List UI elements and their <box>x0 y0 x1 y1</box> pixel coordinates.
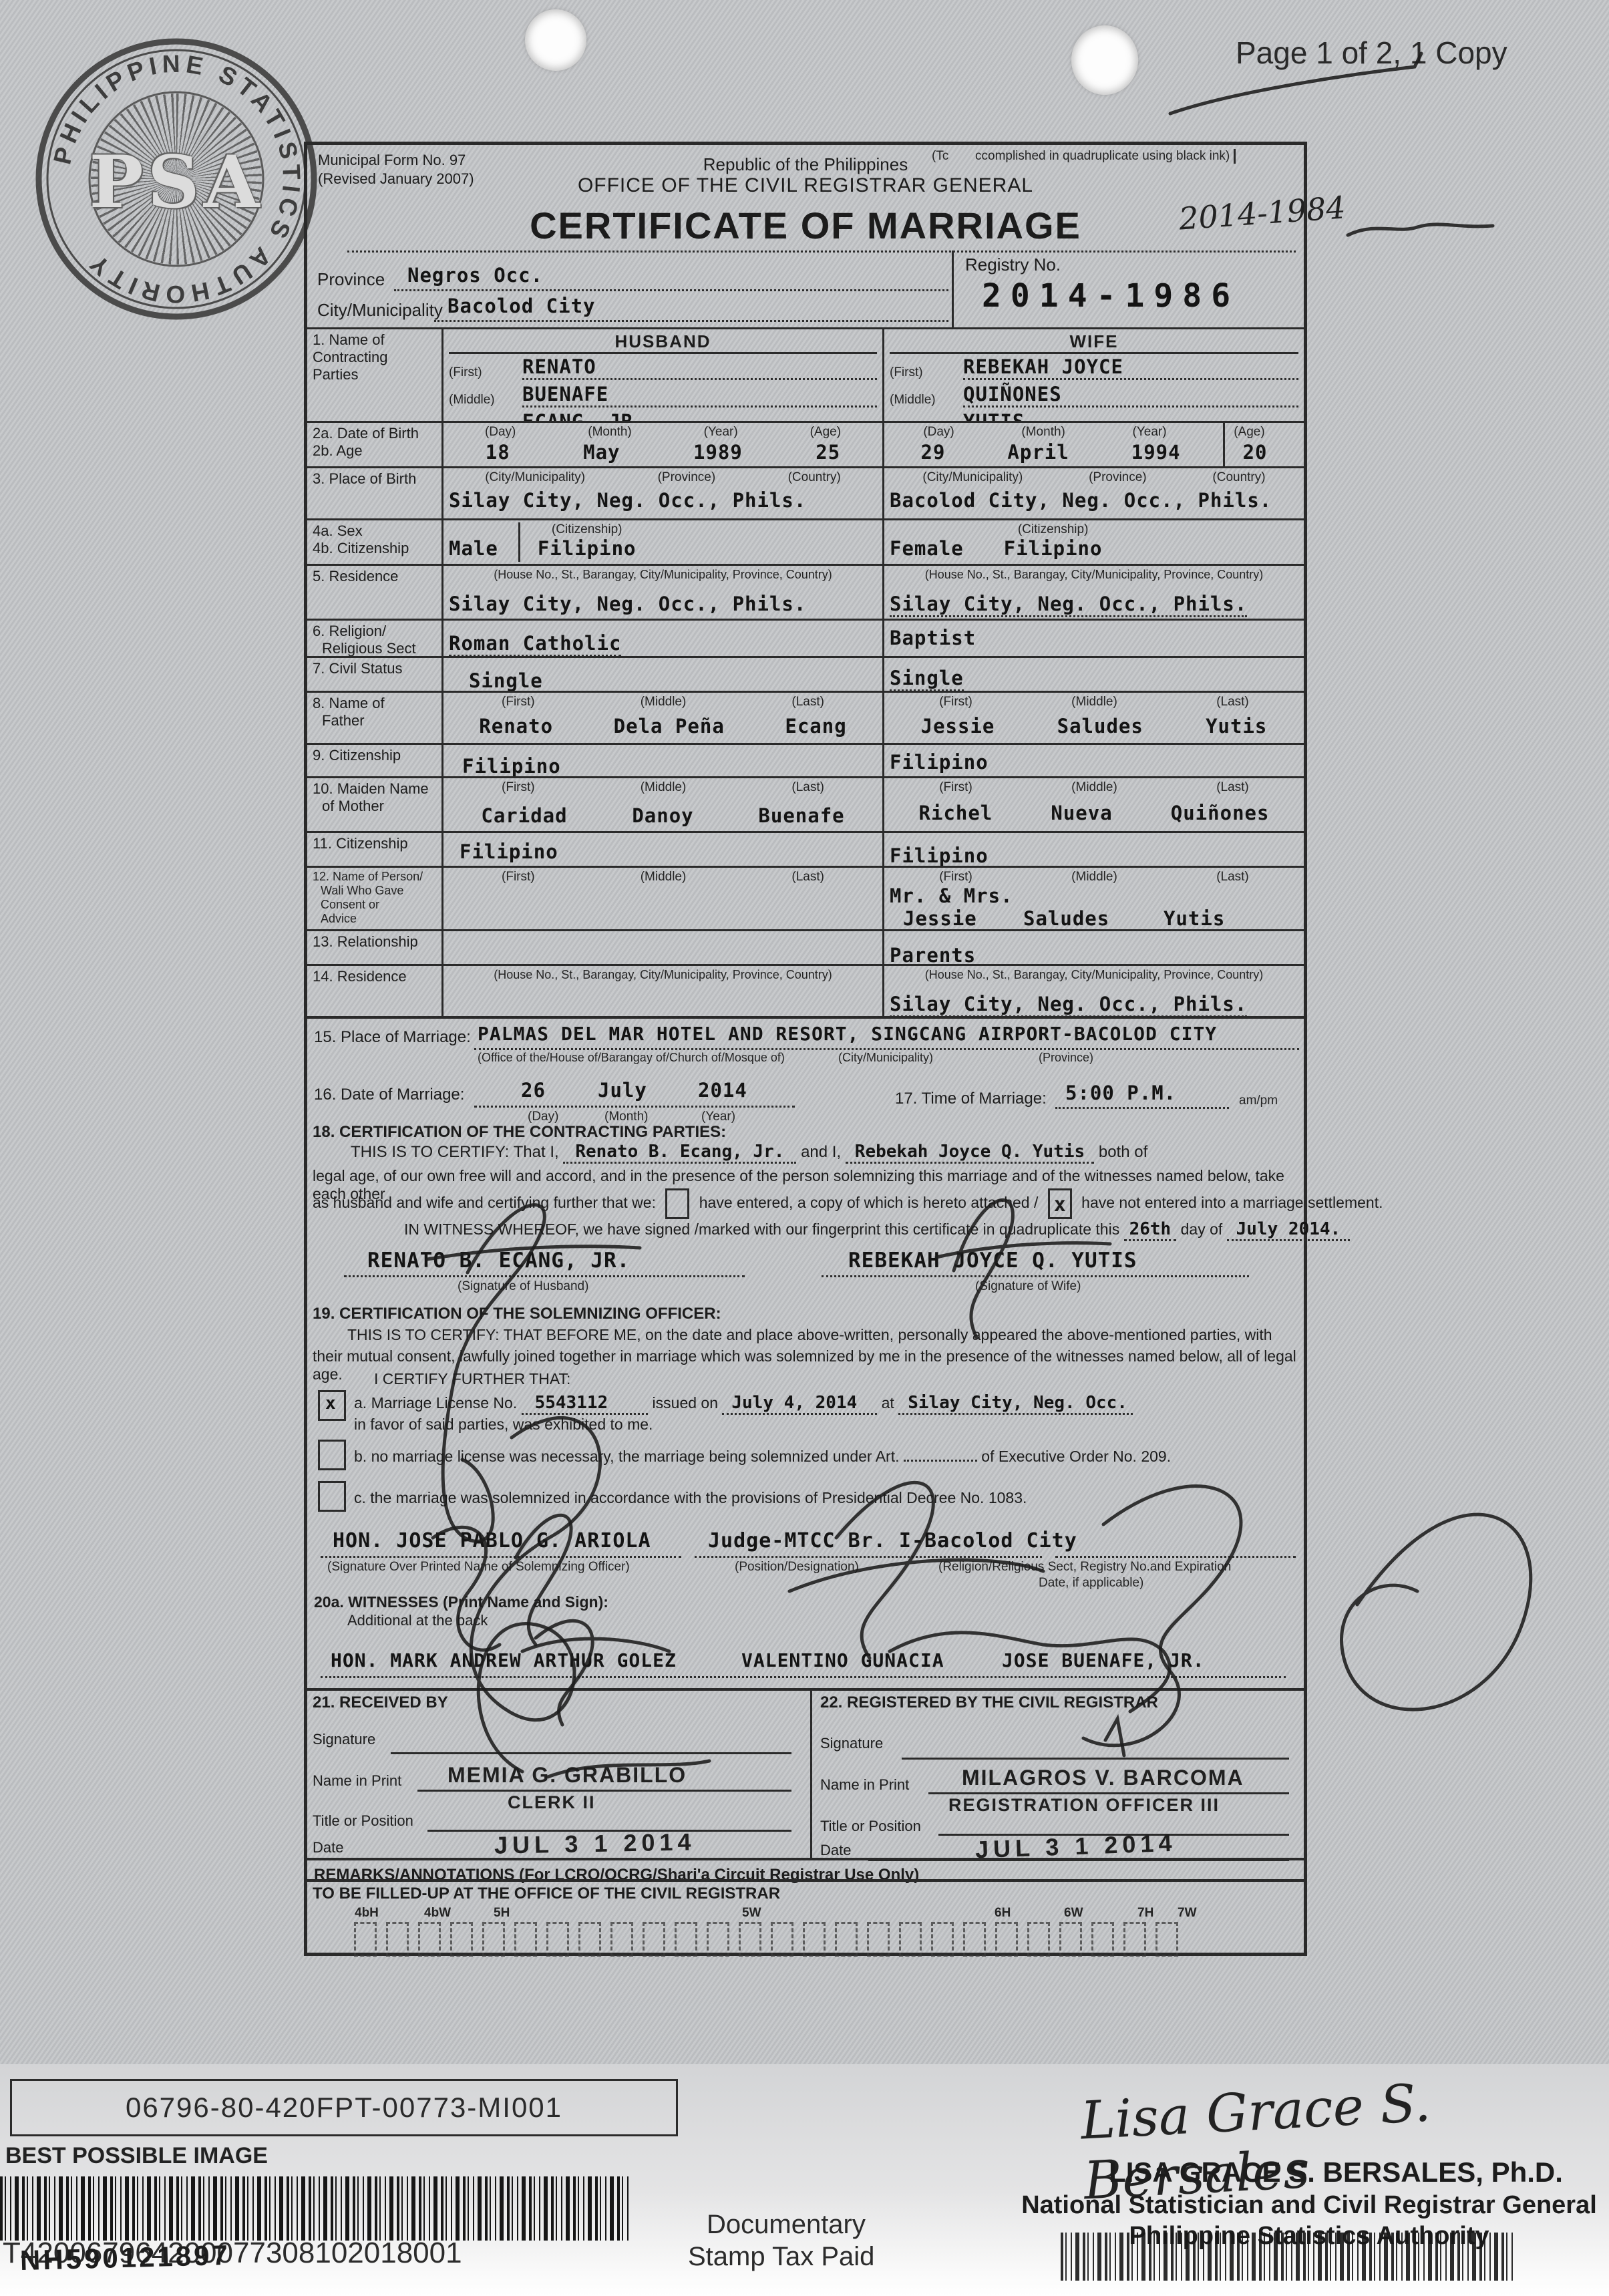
row-sex-citizenship: 4a. Sex4b. Citizenship Male (Citizenship… <box>307 518 1304 564</box>
certificate-title: CERTIFICATE OF MARRIAGE <box>307 204 1304 247</box>
row-res14-label: 14. Residence <box>313 968 407 985</box>
wife-mother-last: Quiñones <box>1171 802 1270 824</box>
fillup-cell <box>1155 1922 1178 1957</box>
doc-stamp-line1: Documentary <box>707 2210 866 2240</box>
husband-last-name: ECANG, JR. <box>522 410 877 421</box>
wife-birth-month: April <box>1007 441 1069 464</box>
sub-last: (Last) <box>1216 780 1249 795</box>
row-con12-label-d: Advice <box>313 912 436 926</box>
fillup-col-5W: 5W <box>742 1906 761 1921</box>
husband-birth-day: 18 <box>486 441 510 464</box>
sub-middle: (Middle) <box>449 393 522 407</box>
city-label: City/Municipality <box>317 300 443 321</box>
cert19-issued: issued on <box>653 1394 718 1412</box>
received-title-value: CLERK II <box>508 1792 596 1813</box>
fillup-cell <box>418 1922 441 1957</box>
wife-birth-year: 1994 <box>1131 441 1181 464</box>
wife-column-header: WIFE <box>1070 331 1119 351</box>
sub-last: (Last) <box>791 695 824 709</box>
page-count-note: Page 1 of 2, 1 Copy <box>1236 35 1507 71</box>
husband-citizenship: Filipino <box>538 537 637 560</box>
fillup-col-7H: 7H <box>1137 1906 1153 1921</box>
wife-age: 20 <box>1243 441 1268 464</box>
received-signature-label: Signature <box>313 1731 375 1748</box>
sub-year: (Year) <box>1133 425 1167 440</box>
seal-psa-monogram: PSA <box>32 140 321 224</box>
husband-father-citizenship: Filipino <box>462 755 561 776</box>
scanned-certificate: Page 1 of 2, 1 Copy PSA PHILIPPINE STATI… <box>0 0 1609 2296</box>
officer-sign-line <box>321 1556 681 1558</box>
husband-father-first: Renato <box>479 715 553 737</box>
witnesses-line <box>321 1676 1286 1678</box>
husband-signature-line <box>344 1275 745 1277</box>
row-residence-14: 14. Residence (House No., St., Barangay,… <box>307 964 1304 1019</box>
wife-first-name: REBEKAH JOYCE <box>963 355 1298 380</box>
cert18-husband-name: Renato B. Ecang, Jr. <box>563 1142 796 1164</box>
sub-citymun: (City/Municipality) <box>485 470 585 485</box>
dom-sub-year: (Year) <box>701 1110 735 1124</box>
sub-first: (First) <box>449 365 522 380</box>
sub-first: (First) <box>502 695 535 709</box>
best-possible-image-label: BEST POSSIBLE IMAGE <box>5 2143 268 2169</box>
witness-name-3: JOSE BUENAFE, JR. <box>1002 1649 1205 1671</box>
fillup-cell <box>386 1922 409 1957</box>
row-cit11-label: 11. Citizenship <box>313 835 408 852</box>
fillup-cell <box>675 1922 697 1957</box>
marriage-certificate-form: Municipal Form No. 97 (Revised January 2… <box>304 142 1307 1956</box>
fillup-col-5H: 5H <box>494 1906 510 1921</box>
received-registered-divider <box>810 1691 812 1860</box>
husband-first-name: RENATO <box>522 355 877 380</box>
registry-label: Registry No. <box>965 255 1061 275</box>
wife-father-last: Yutis <box>1206 715 1267 737</box>
barcode-secondary <box>1061 2233 1515 2281</box>
row-religion: 6. Religion/Religious Sect Roman Catholi… <box>307 619 1304 656</box>
officer-cap3: (Religion/Religious Sect, Registry No.an… <box>938 1560 1231 1575</box>
husband-residence: Silay City, Neg. Occ., Phils. <box>449 593 877 615</box>
officer-religion-line <box>1055 1556 1296 1558</box>
fillup-cell <box>450 1922 473 1957</box>
cert19-b2: of Executive Order No. 209. <box>981 1448 1171 1465</box>
row-mot10-label-b: of Mother <box>313 798 436 815</box>
fillup-cell <box>546 1922 569 1957</box>
sub-house: (House No., St., Barangay, City/Municipa… <box>449 968 877 982</box>
cert18-day: 26th <box>1124 1219 1177 1241</box>
fillup-cell <box>771 1922 793 1957</box>
barcode-main <box>0 2176 631 2241</box>
office-line: OFFICE OF THE CIVIL REGISTRAR GENERAL <box>307 174 1304 197</box>
dom-sub-month: (Month) <box>604 1110 648 1124</box>
registered-date-label: Date <box>820 1842 851 1859</box>
sub-age: (Age) <box>810 425 841 440</box>
wife-mother-middle: Nueva <box>1051 802 1112 824</box>
received-date-value: JUL 3 1 2014 <box>494 1828 696 1859</box>
wife-father-middle: Saludes <box>1057 715 1143 737</box>
license-checkbox: x <box>318 1390 346 1421</box>
sub-day: (Day) <box>485 425 516 440</box>
sub-last: (Last) <box>1216 695 1249 709</box>
registry-divider <box>952 251 954 327</box>
row-name: 1. Name of Contracting Parties HUSBAND (… <box>307 327 1304 421</box>
marriage-settlement-not-entered-checkbox: x <box>1048 1188 1072 1219</box>
cert18-cb1-text: have entered, a copy of which is hereto … <box>699 1194 1039 1211</box>
fillup-col-4bH: 4bH <box>355 1906 379 1921</box>
received-registered-box: 21. RECEIVED BY 22. REGISTERED BY THE CI… <box>307 1688 1304 1860</box>
sub-province: (Province) <box>658 470 716 485</box>
officer-cap1: (Signature Over Printed Name of Solemniz… <box>327 1560 630 1575</box>
registered-name-line <box>928 1792 1289 1794</box>
cert19-b-gap <box>904 1445 977 1462</box>
witness-name-1: HON. MARK ANDREW ARTHUR GOLEZ <box>331 1649 677 1671</box>
cert18-both: both of <box>1099 1143 1147 1161</box>
time-of-marriage-value: 5:00 P.M. <box>1065 1082 1176 1104</box>
cert18-heading: 18. CERTIFICATION OF THE CONTRACTING PAR… <box>313 1123 726 1142</box>
sub-first: (First) <box>502 870 535 884</box>
sub-middle: (Middle) <box>1071 780 1117 795</box>
sub-age: (Age) <box>1234 425 1264 440</box>
fillup-cell <box>707 1922 729 1957</box>
city-line <box>434 320 948 322</box>
sub-first: (First) <box>502 780 535 795</box>
row-consent: 12. Name of Person/ Wali Who Gave Consen… <box>307 866 1304 929</box>
sub-first: (First) <box>939 870 972 884</box>
fillup-col-4bW: 4bW <box>424 1906 451 1921</box>
fillup-cells <box>354 1922 1178 1957</box>
wife-printed-signature-name: REBEKAH JOYCE Q. YUTIS <box>848 1249 1137 1273</box>
husband-mother-last: Buenafe <box>758 804 844 827</box>
cert18-p1: THIS IS TO CERTIFY: That I, <box>351 1143 559 1161</box>
row-relationship: 13. Relationship Parents <box>307 929 1304 964</box>
row-mot10-label-a: 10. Maiden Name <box>313 780 436 798</box>
cert18-cb2-text: have not entered into a marriage settlem… <box>1081 1194 1383 1211</box>
sub-country: (Country) <box>788 470 841 485</box>
cert18-wife-name: Rebekah Joyce Q. Yutis <box>846 1142 1094 1164</box>
pd1083-checkbox <box>318 1481 346 1512</box>
fillup-cell <box>578 1922 601 1957</box>
wife-mother-first: Richel <box>919 802 993 824</box>
witnesses-label2: Additional at the back <box>347 1612 488 1629</box>
registrar-general-name: LISA GRACE S. BERSALES, Ph.D. <box>1069 2156 1603 2188</box>
row-fat8-label-a: 8. Name of <box>313 695 436 712</box>
cert18-dayof: day of <box>1181 1220 1223 1238</box>
husband-mother-first: Caridad <box>481 804 567 827</box>
received-signature-line <box>391 1752 791 1754</box>
row-sex-label-a: 4a. Sex <box>313 522 436 540</box>
sub-house: (House No., St., Barangay, City/Municipa… <box>890 968 1298 982</box>
husband-mother-middle: Danoy <box>632 804 693 827</box>
received-title-label: Title or Position <box>313 1812 413 1830</box>
sub-month: (Month) <box>1021 425 1065 440</box>
fillup-title: TO BE FILLED-UP AT THE OFFICE OF THE CIV… <box>313 1884 780 1903</box>
cert18-p4: IN WITNESS WHEREOF, we have signed /mark… <box>404 1220 1119 1238</box>
received-by-label: 21. RECEIVED BY <box>313 1693 448 1712</box>
sub-middle: (Middle) <box>641 695 687 709</box>
row-rel6-label-a: 6. Religion/ <box>313 623 436 640</box>
row-birth-label-a: 2a. Date of Birth <box>313 425 436 442</box>
row-birth-label-b: 2b. Age <box>313 442 436 460</box>
row-place-of-birth: 3. Place of Birth (City/Municipality)(Pr… <box>307 466 1304 518</box>
place-of-marriage-label: 15. Place of Marriage: <box>314 1028 471 1047</box>
received-name-value: MEMIA G. GRABILLO <box>448 1763 687 1788</box>
fillup-cell <box>643 1922 665 1957</box>
row-sex-label-b: 4b. Citizenship <box>313 540 436 557</box>
wife-consent-prefix: Mr. & Mrs. <box>890 884 1023 907</box>
license-issue-place: Silay City, Neg. Occ. <box>898 1393 1133 1415</box>
psa-seal: PSA PHILIPPINE STATISTICS AUTHORITY <box>32 35 321 323</box>
row-father: 8. Name ofFather (First)(Middle)(Last) R… <box>307 691 1304 743</box>
cert19-p1: THIS IS TO CERTIFY: THAT BEFORE ME, on t… <box>347 1326 1302 1344</box>
sub-middle: (Middle) <box>641 780 687 795</box>
province-value: Negros Occ. <box>407 264 543 287</box>
sub-last: (Last) <box>1216 870 1249 884</box>
sub-month: (Month) <box>588 425 631 440</box>
license-issue-date: July 4, 2014 <box>722 1393 877 1415</box>
cert18-monthyear: July 2014. <box>1227 1219 1351 1241</box>
fillup-cell <box>899 1922 922 1957</box>
wife-consent-relationship: Parents <box>890 944 976 964</box>
husband-age: 25 <box>816 441 840 464</box>
cert18-line1: THIS IS TO CERTIFY: That I, Renato B. Ec… <box>351 1142 1147 1162</box>
sub-citizenship: (Citizenship) <box>1004 522 1103 537</box>
fillup-cell <box>963 1922 986 1957</box>
sub-country: (Country) <box>1212 470 1265 485</box>
row-civ7-label: 7. Civil Status <box>313 660 403 677</box>
doc-stamp-line2: Stamp Tax Paid <box>688 2242 874 2272</box>
received-name-line <box>417 1790 791 1792</box>
sub-middle: (Middle) <box>890 393 963 407</box>
sub-citymun: (City/Municipality) <box>922 470 1023 485</box>
officer-cap4: Date, if applicable) <box>1039 1576 1143 1591</box>
sub-citizenship: (Citizenship) <box>538 522 637 537</box>
fillup-cell <box>1091 1922 1114 1957</box>
dom-sub-day: (Day) <box>528 1110 558 1124</box>
fillup-cell <box>867 1922 890 1957</box>
wife-civil-status: Single <box>890 667 964 691</box>
husband-father-last: Ecang <box>785 715 846 737</box>
tom-ampm: am/pm <box>1239 1094 1278 1108</box>
row-rel6-label-b: Religious Sect <box>313 640 436 656</box>
no-license-checkbox <box>318 1440 346 1470</box>
registry-number: 2014-1986 <box>982 277 1240 315</box>
sub-province: (Province) <box>1089 470 1147 485</box>
received-date-line <box>354 1858 791 1860</box>
pom-sub1: (Office of the/House of/Barangay of/Chur… <box>478 1051 785 1065</box>
sub-year: (Year) <box>704 425 738 440</box>
punch-hole-right <box>1071 25 1138 95</box>
registered-signature-line <box>902 1758 1289 1760</box>
place-of-marriage-value: PALMAS DEL MAR HOTEL AND RESORT, SINGCAN… <box>478 1023 1217 1045</box>
cert18-p3: as husband and wife and certifying furth… <box>313 1194 656 1211</box>
fillup-cell <box>739 1922 761 1957</box>
fillup-cell <box>1027 1922 1050 1957</box>
husband-middle-name: BUENAFE <box>522 383 877 407</box>
row-res5-label: 5. Residence <box>313 568 398 585</box>
sub-middle: (Middle) <box>1071 695 1117 709</box>
dom-line <box>474 1106 795 1108</box>
wife-place-of-birth: Bacolod City, Neg. Occ., Phils. <box>890 489 1298 512</box>
row-pob-label: 3. Place of Birth <box>313 470 416 487</box>
wife-consent-residence: Silay City, Neg. Occ., Phils. <box>890 993 1247 1016</box>
wife-middle-name: QUIÑONES <box>963 383 1298 407</box>
province-label: Province <box>317 269 385 290</box>
barcode-number-overlay: NH590121897 <box>19 2239 230 2277</box>
registered-title-value: REGISTRATION OFFICER III <box>948 1795 1220 1816</box>
registered-name-label: Name in Print <box>820 1776 909 1794</box>
date-of-marriage-label: 16. Date of Marriage: <box>314 1086 464 1104</box>
cert18-and: and I, <box>801 1143 841 1161</box>
registered-signature-label: Signature <box>820 1735 883 1752</box>
officer-signature-right-oval <box>1342 1514 1531 1709</box>
sub-first: (First) <box>890 365 963 380</box>
row-residence: 5. Residence (House No., St., Barangay, … <box>307 564 1304 619</box>
fillup-cell <box>803 1922 826 1957</box>
wife-consent-middle: Saludes <box>1023 907 1164 929</box>
wife-residence: Silay City, Neg. Occ., Phils. <box>890 593 1247 617</box>
fillup-cell <box>1059 1922 1082 1957</box>
document-reference-number: 06796-80-420FPT-00773-MI001 <box>10 2079 678 2136</box>
wife-signature-caption: (Signature of Wife) <box>975 1279 1081 1294</box>
wife-birth-day: 29 <box>921 441 946 464</box>
registered-title-label: Title or Position <box>820 1818 921 1835</box>
witness-name-2: VALENTINO GUNACIA <box>741 1649 944 1671</box>
sub-middle: (Middle) <box>641 870 687 884</box>
time-of-marriage-label: 17. Time of Marriage: <box>895 1090 1047 1108</box>
wife-age-divider <box>1223 423 1225 466</box>
fillup-cell <box>514 1922 537 1957</box>
wife-mother-citizenship: Filipino <box>890 844 989 866</box>
row-birth: 2a. Date of Birth2b. Age (Day)(Month)(Ye… <box>307 421 1304 466</box>
sub-last: (Last) <box>791 870 824 884</box>
license-checkbox-x: x <box>325 1393 336 1414</box>
marriage-license-no: 5543112 <box>522 1393 649 1415</box>
cert19-at: at <box>882 1394 894 1412</box>
husband-civil-status: Single <box>469 669 543 691</box>
husband-religion: Roman Catholic <box>449 632 621 656</box>
wife-signature-line <box>822 1275 1249 1277</box>
row-cit9-label: 9. Citizenship <box>313 747 401 764</box>
punch-hole-left <box>525 9 586 71</box>
husband-printed-signature-name: RENATO B. ECANG, JR. <box>367 1249 630 1273</box>
officer-cap2: (Position/Designation) <box>735 1560 859 1575</box>
row-fat8-label-b: Father <box>313 712 436 729</box>
wife-last-name: YUTIS <box>963 410 1298 421</box>
tom-line <box>1055 1107 1229 1109</box>
marriage-day: 26 <box>521 1079 546 1102</box>
fillup-cell <box>354 1922 377 1957</box>
cert19-item-a2: in favor of said parties, was exhibited … <box>354 1416 653 1434</box>
fillup-box: TO BE FILLED-UP AT THE OFFICE OF THE CIV… <box>307 1879 1304 1956</box>
sub-last: (Last) <box>791 780 824 795</box>
row-name-label: 1. Name of Contracting Parties <box>313 331 388 383</box>
husband-birth-year: 1989 <box>693 441 743 464</box>
received-name-label: Name in Print <box>313 1772 401 1790</box>
title-underline <box>347 251 1296 253</box>
sub-middle: (Middle) <box>1071 870 1117 884</box>
husband-column-header: HUSBAND <box>615 331 711 351</box>
wife-father-citizenship: Filipino <box>890 751 989 774</box>
fillup-col-6H: 6H <box>995 1906 1011 1921</box>
fillup-cell <box>610 1922 633 1957</box>
city-value: Bacolod City <box>448 295 596 317</box>
wife-citizenship: Filipino <box>1004 537 1103 560</box>
republic-line: Republic of the Philippines <box>307 154 1304 175</box>
row-con12-label-b: Wali Who Gave <box>313 884 436 898</box>
cert18-line3: as husband and wife and certifying furth… <box>313 1188 1301 1219</box>
checkbox-x-mark: x <box>1054 1193 1066 1216</box>
solemnizing-officer-position: Judge-MTCC Br. I-Bacolod City <box>708 1529 1077 1552</box>
sub-day: (Day) <box>923 425 954 440</box>
officer-position-line <box>695 1556 1042 1558</box>
cert19-item-b: b. no marriage license was necessary, th… <box>354 1445 1171 1466</box>
registrar-general-title1: National Statistician and Civil Registra… <box>1015 2191 1603 2220</box>
row-mother: 10. Maiden Nameof Mother (First)(Middle)… <box>307 776 1304 831</box>
fillup-cell <box>482 1922 505 1957</box>
husband-sex: Male <box>449 537 498 562</box>
row-rel13-label: 13. Relationship <box>313 933 418 950</box>
fillup-col-6W: 6W <box>1064 1906 1083 1921</box>
wife-consent-first: Jessie <box>903 907 1023 929</box>
row-citizenship-11: 11. Citizenship Filipino Filipino <box>307 831 1304 866</box>
place-of-marriage-line <box>474 1048 1299 1050</box>
wife-consent-last: Yutis <box>1164 907 1298 929</box>
registry-annotation-stroke <box>1348 224 1493 235</box>
marriage-month: July <box>598 1079 647 1102</box>
husband-place-of-birth: Silay City, Neg. Occ., Phils. <box>449 489 877 512</box>
cert19-heading: 19. CERTIFICATION OF THE SOLEMNIZING OFF… <box>313 1305 721 1323</box>
received-date-label: Date <box>313 1839 343 1856</box>
cert18-line4: IN WITNESS WHEREOF, we have signed /mark… <box>404 1219 1350 1239</box>
cert19-item-c: c. the marriage was solemnized in accord… <box>354 1489 1027 1507</box>
marriage-settlement-entered-checkbox <box>665 1188 689 1219</box>
cert19-item-a: a. Marriage License No. 5543112 issued o… <box>354 1393 1133 1413</box>
fillup-cell <box>835 1922 858 1957</box>
row-civil-status: 7. Civil Status Single Single <box>307 656 1304 691</box>
cert19-further: I CERTIFY FURTHER THAT: <box>374 1370 570 1388</box>
province-line <box>394 289 948 291</box>
cert19-a1: a. Marriage License No. <box>354 1394 517 1412</box>
fillup-cell <box>931 1922 954 1957</box>
wife-sex: Female <box>890 537 964 562</box>
sub-first: (First) <box>939 780 972 795</box>
row-citizenship-9: 9. Citizenship Filipino Filipino <box>307 743 1304 776</box>
fillup-cell <box>995 1922 1018 1957</box>
husband-birth-month: May <box>583 441 620 464</box>
wife-father-first: Jessie <box>921 715 995 737</box>
fillup-col-7W: 7W <box>1178 1906 1197 1921</box>
cert19-b1: b. no marriage license was necessary, th… <box>354 1448 900 1465</box>
registered-date-line <box>868 1859 1289 1861</box>
husband-signature-caption: (Signature of Husband) <box>458 1279 588 1294</box>
sub-house: (House No., St., Barangay, City/Municipa… <box>890 568 1298 582</box>
wife-religion: Baptist <box>890 627 976 649</box>
husband-father-middle: Dela Peña <box>614 715 725 737</box>
sub-first: (First) <box>939 695 972 709</box>
fillup-cell <box>1123 1922 1146 1957</box>
husband-mother-citizenship: Filipino <box>460 840 558 863</box>
sub-house: (House No., St., Barangay, City/Municipa… <box>449 568 877 582</box>
row-con12-label-c: Consent or <box>313 898 436 912</box>
solemnizing-officer-name: HON. JOSE PABLO G. ARIOLA <box>333 1529 651 1552</box>
registered-name-value: MILAGROS V. BARCOMA <box>962 1766 1244 1790</box>
pom-sub3: (Province) <box>1039 1051 1093 1065</box>
witnesses-label: 20a. WITNESSES (Print Name and Sign): <box>314 1593 608 1611</box>
marriage-year: 2014 <box>698 1079 747 1102</box>
pom-sub2: (City/Municipality) <box>838 1051 933 1065</box>
row-con12-label-a: 12. Name of Person/ <box>313 870 436 884</box>
registered-by-label: 22. REGISTERED BY THE CIVIL REGISTRAR <box>820 1693 1158 1712</box>
